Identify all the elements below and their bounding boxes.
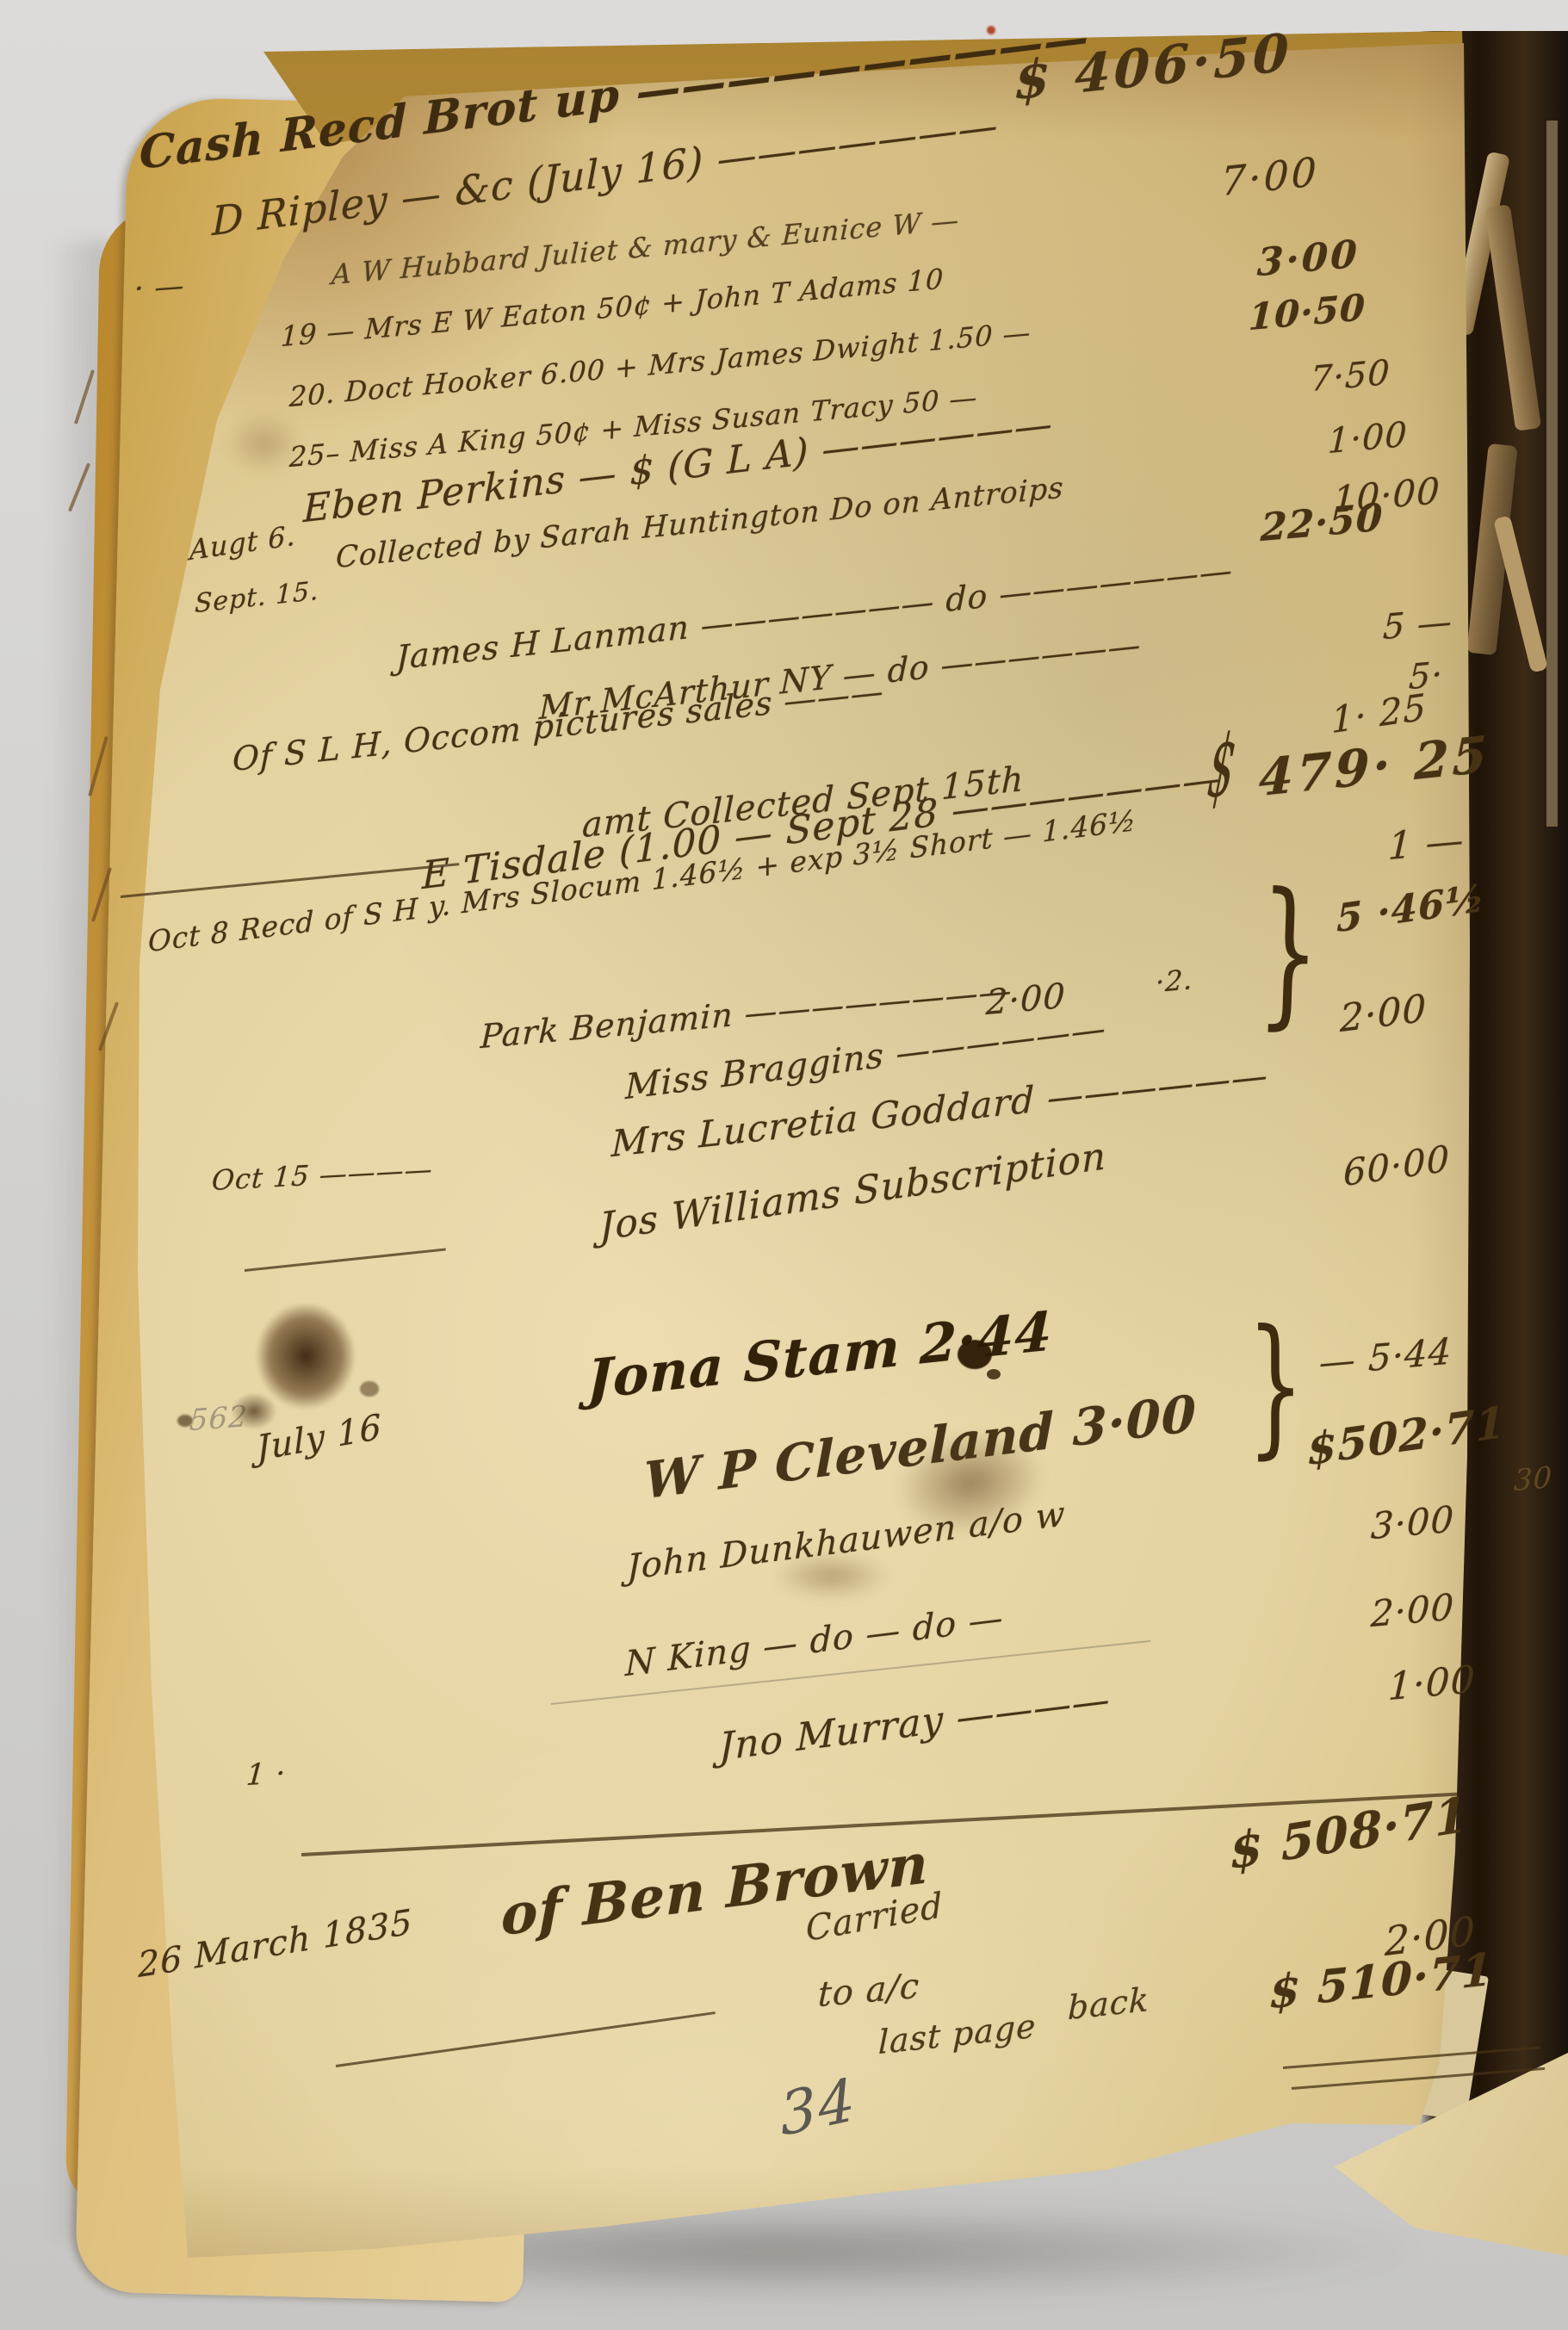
- entry-tisdale-amount: 1 —: [1387, 818, 1465, 869]
- margin-mark: 1 ·: [245, 1756, 288, 1793]
- entry-hubbard-amount: 3·00: [1256, 232, 1360, 285]
- entry-hooker-dwight-amount: 7·50: [1310, 353, 1391, 400]
- group-brace: }: [1255, 858, 1323, 1045]
- group-brace: }: [1247, 1298, 1305, 1473]
- entry-lanman-amount: 5 —: [1382, 602, 1453, 648]
- entry-king-tracy-amount: 1·00: [1327, 415, 1408, 462]
- pencil-marginalia: 562: [189, 1399, 249, 1438]
- entry-oct8-subamount: ·2.: [1155, 963, 1193, 999]
- entry-murray-amount: 1·00: [1387, 1658, 1476, 1709]
- entry-dunkhauwen-amount: 3·00: [1370, 1497, 1455, 1547]
- entry-ripley-ditto: · —: [133, 269, 186, 307]
- edge-number-fragment: 30: [1513, 1460, 1553, 1498]
- entry-nking-amount: 2·00: [1370, 1585, 1455, 1635]
- binding-highlight: [1546, 121, 1558, 827]
